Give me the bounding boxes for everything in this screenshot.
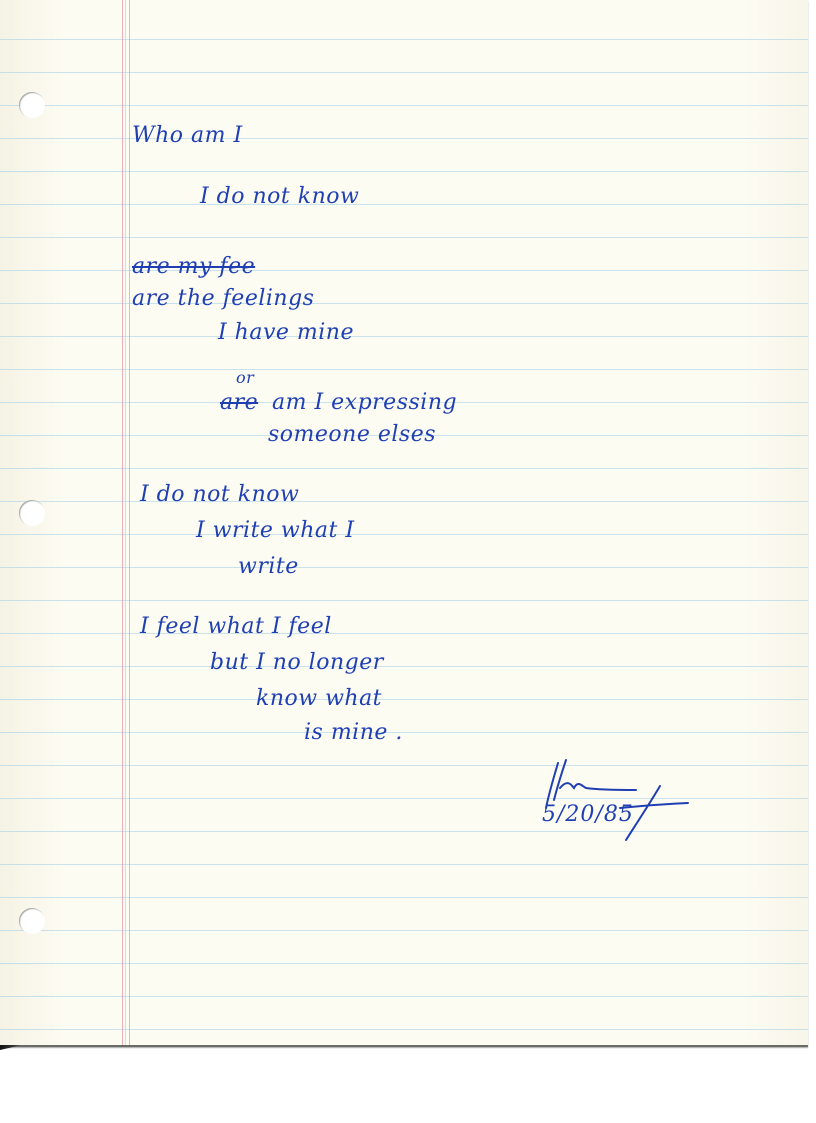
poem-line-4: I have mine xyxy=(218,322,354,344)
hole-punch xyxy=(19,92,45,118)
poem-line-5: am I expressing xyxy=(272,392,457,414)
poem-line-8: I write what I xyxy=(196,520,355,542)
poem-line-3: are the feelings xyxy=(132,288,314,310)
margin-line xyxy=(125,0,126,1045)
poem-line-2: I do not know xyxy=(200,186,359,208)
margin-line xyxy=(122,0,123,1045)
margin-line xyxy=(129,0,130,1045)
hole-punch xyxy=(19,908,45,934)
poem-line-7: I do not know xyxy=(140,484,299,506)
poem-line-11: but I no longer xyxy=(210,652,384,674)
inserted-word: or xyxy=(236,370,254,386)
ruled-notebook-paper: Who am I I do not know are my fee are th… xyxy=(0,0,808,1047)
poem-line-10: I feel what I feel xyxy=(140,616,332,638)
poem-line-13: is mine . xyxy=(304,722,403,744)
poem-line-1: Who am I xyxy=(132,125,243,147)
poem-word-struck: are xyxy=(220,392,258,414)
date-underline-stroke xyxy=(610,800,690,812)
poem-line-struck: are my fee xyxy=(132,256,255,278)
hole-punch xyxy=(19,500,45,526)
poem-line-9: write xyxy=(238,556,299,578)
poem-line-6: someone elses xyxy=(268,424,436,446)
poem-line-12: know what xyxy=(256,688,382,710)
scanned-page: Who am I I do not know are my fee are th… xyxy=(0,0,816,1123)
